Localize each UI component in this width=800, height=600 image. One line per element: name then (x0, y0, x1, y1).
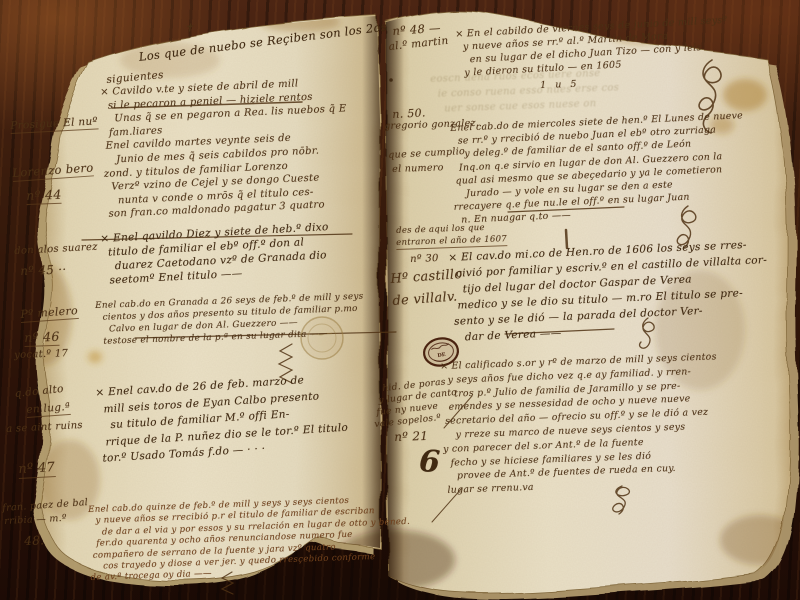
left-entry-45: × Enel qavildo Diez y siete de heb.º dix… (100, 220, 331, 288)
margin-note-yocato: yocat.º 17 (14, 348, 68, 361)
manuscript-photo: DE ✝ Los que de nuebo se Reçiben son los… (0, 0, 800, 600)
bleed-through-text: eoscn uena ruos ecos uere onseie conso r… (430, 65, 620, 117)
folio-number-44: nº 44 (26, 187, 62, 205)
stray-numerals: 1 u 5 (540, 79, 580, 91)
left-entry-44: × Cavildo v.te y siete de abril de mills… (100, 75, 351, 222)
left-entry-46: Enel cab.do en Granada a 26 seys de feb.… (95, 291, 365, 348)
folio-number-47: nº 47 (18, 460, 56, 479)
right-entry-50: Enel cab.do de miercoles siete de hen.º … (450, 109, 747, 227)
right-entry-30: × El cav.do mi.co de Hen.ro de 1606 los … (448, 236, 770, 346)
top-cross-mark: ✝ (184, 21, 195, 35)
big-numeral-six: 6 (418, 444, 441, 480)
margin-note-numero: el numero (392, 162, 444, 175)
folio-number-45: nº 45 ·· (20, 262, 67, 278)
folio-number-21: nº 21 (394, 429, 428, 444)
folio-number-30: nº 30 (410, 253, 439, 265)
folio-number-48: 48. (24, 533, 44, 548)
right-entry-21: × El calificado s.or y rº de marzo de mi… (440, 350, 721, 498)
left-entry-47: × Enel cav.do de 26 de feb. marzo demill… (95, 370, 350, 468)
folio-number-46: nº 46 (24, 329, 60, 347)
left-entry-48: Enel cab.do quinze de feb.º de mill y se… (88, 494, 412, 585)
ink-dot (389, 78, 393, 82)
